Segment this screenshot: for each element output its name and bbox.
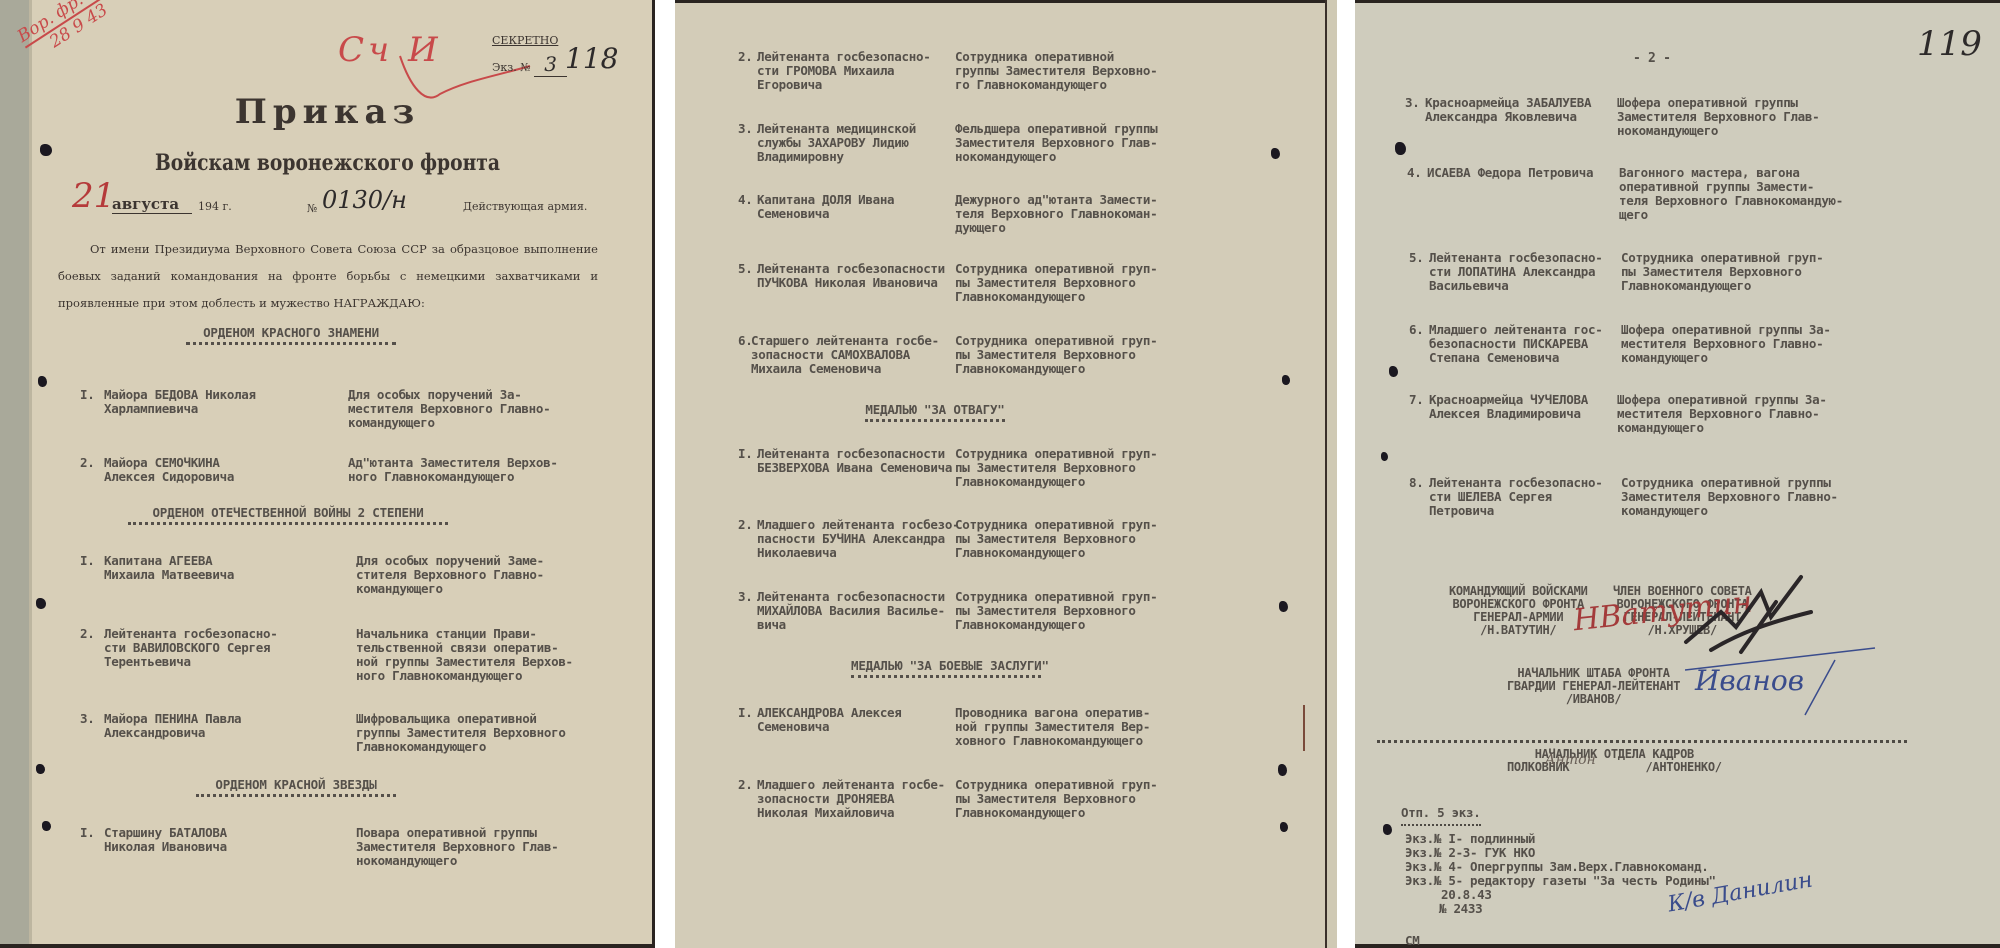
entry-number: 3.: [1405, 96, 1419, 110]
copy-number-value: 3: [534, 52, 567, 77]
copy-number-line: Экз. № 3: [492, 52, 567, 76]
section-heading: МЕДАЛЬЮ "ЗА ОТВАГУ": [865, 403, 1005, 422]
entry-name: Красноармейца ЗАБАЛУЕВА Александра Яковл…: [1425, 96, 1591, 124]
entry-position: Дежурного ад"ютанта Замести- теля Верхов…: [955, 193, 1157, 235]
document-title: Приказ: [0, 92, 655, 132]
entry-position: Сотрудника оперативной группы Заместител…: [955, 50, 1157, 92]
signature-ivanov-stroke-icon: [1685, 640, 1885, 720]
document-page-3: - 2 - 119 3. Красноармейца ЗАБАЛУЕВА Але…: [1355, 0, 2000, 948]
heading-underline: [186, 342, 396, 345]
entry-position: Сотрудника оперативной груп- пы Заместит…: [955, 447, 1157, 489]
entry-number: I.: [80, 826, 94, 840]
page-edge: [1355, 944, 2000, 948]
punch-hole-icon: [36, 764, 45, 774]
entry-number: 4.: [1407, 166, 1421, 180]
dispatch-date: 20.8.43: [1441, 888, 1492, 902]
entry-name: АЛЕКСАНДРОВА Алексея Семеновича: [757, 706, 902, 734]
entry-number: 5.: [1409, 251, 1423, 265]
entry-position: Шофера оперативной группы За- местителя …: [1621, 323, 1831, 365]
order-number-label: №: [307, 202, 317, 215]
page-number: - 2 -: [1633, 52, 1671, 66]
entry-number: I.: [738, 447, 752, 461]
entry-name: Старшину БАТАЛОВА Николая Ивановича: [104, 826, 227, 854]
entry-number: I.: [738, 706, 752, 720]
punch-hole-icon: [1280, 822, 1288, 832]
signatory-chief-of-staff: НАЧАЛЬНИК ШТАБА ФРОНТА ГВАРДИИ ГЕНЕРАЛ-Л…: [1507, 667, 1680, 706]
entry-number: 2.: [738, 518, 752, 532]
punch-hole-icon: [1381, 452, 1388, 461]
section-heading-text: МЕДАЛЬЮ "ЗА ОТВАГУ": [865, 402, 1004, 417]
entry-position: Сотрудника оперативной груп- пы Заместит…: [955, 334, 1157, 376]
entry-name: Капитана АГЕЕВА Михаила Матвеевича: [104, 554, 234, 582]
entry-name: Младшего лейтенанта госбе- зопасности ДР…: [757, 778, 945, 820]
punch-hole-icon: [1282, 375, 1290, 385]
document-page-1: Вор. фр. 28 9 43 Сч И СЕКРЕТНО Экз. № 3 …: [0, 0, 655, 948]
entry-position: Повара оперативной группы Заместителя Ве…: [356, 826, 558, 868]
page-edge: [1327, 0, 1337, 948]
entry-number: 3.: [738, 122, 752, 136]
entry-position: Сотрудника оперативной груп- пы Заместит…: [955, 778, 1157, 820]
copy-line: Экз.№ 2-3- ГУК НКО: [1405, 846, 1535, 860]
copies-divider: [1401, 824, 1481, 826]
section-heading: ОРДЕНОМ ОТЕЧЕСТВЕННОЙ ВОЙНЫ 2 СТЕПЕНИ: [128, 506, 448, 525]
entry-number: 8.: [1409, 476, 1423, 490]
entry-position: Ад"ютанта Заместителя Верхов- ного Главн…: [348, 456, 558, 484]
entry-name: Лейтенанта госбезопасно- сти ШЕЛЕВА Серг…: [1429, 476, 1602, 518]
location-label: Действующая армия.: [463, 200, 587, 213]
folio-number: 119: [1917, 24, 1982, 64]
section-heading: ОРДЕНОМ КРАСНОГО ЗНАМЕНИ: [186, 326, 396, 345]
entry-number: 3.: [80, 712, 94, 726]
entry-number: 6.: [1409, 323, 1423, 337]
entry-name: Лейтенанта госбезопасности МИХАЙЛОВА Вас…: [757, 590, 945, 632]
entry-position: Вагонного мастера, вагона оперативной гр…: [1619, 166, 1843, 222]
document-subtitle: Войскам воронежского фронта: [49, 150, 606, 176]
punch-hole-icon: [1278, 764, 1287, 776]
entry-name: Младшего лейтенанта гос- безопасности ПИ…: [1429, 323, 1602, 365]
entry-position: Сотрудника оперативной груп- пы Заместит…: [955, 518, 1157, 560]
entry-number: 2.: [80, 456, 94, 470]
intro-paragraph: От имени Президиума Верховного Совета Со…: [58, 236, 598, 317]
order-number: 0130/н: [322, 186, 407, 214]
section-heading: ОРДЕНОМ КРАСНОЙ ЗВЕЗДЫ: [196, 778, 396, 797]
signature-divider: [1377, 740, 1907, 743]
entry-name: Лейтенанта госбезопасности БЕЗВЕРХОВА Ив…: [757, 447, 952, 475]
entry-name: Майора ПЕНИНА Павла Александровича: [104, 712, 241, 740]
entry-position: Фельдшера оперативной группы Заместителя…: [955, 122, 1157, 164]
entry-number: I.: [80, 388, 94, 402]
heading-underline: [865, 419, 1005, 422]
entry-number: 2.: [738, 50, 752, 64]
entry-position: Сотрудника оперативной груп- пы Заместит…: [955, 590, 1157, 632]
copies-header: Отп. 5 экз.: [1401, 806, 1480, 820]
punch-hole-icon: [1395, 142, 1406, 155]
entry-number: 5.: [738, 262, 752, 276]
entry-position: Сотрудника оперативной груп- пы Заместит…: [1621, 251, 1823, 293]
entry-name: Капитана ДОЛЯ Ивана Семеновича: [757, 193, 894, 221]
entry-position: Шифровальщика оперативной группы Замести…: [356, 712, 566, 754]
heading-underline: [128, 522, 448, 525]
entry-name: Младшего лейтенанта госбезо- пасности БУ…: [757, 518, 959, 560]
folio-number: 118: [565, 42, 618, 75]
entry-position: Шофера оперативной группы За- местителя …: [1617, 393, 1827, 435]
punch-hole-icon: [1279, 601, 1288, 612]
entry-number: I.: [80, 554, 94, 568]
entry-position: Начальника станции Прави- тельственной с…: [356, 627, 573, 683]
entry-position: Шофера оперативной группы Заместителя Ве…: [1617, 96, 1819, 138]
date-day: 21: [72, 176, 115, 216]
intro-text: От имени Президиума Верховного Совета Со…: [58, 236, 598, 317]
heading-underline: [851, 675, 1041, 678]
entry-name: Лейтенанта госбезопасности ПУЧКОВА Никол…: [757, 262, 945, 290]
punch-hole-icon: [42, 821, 51, 831]
page-edge: [652, 0, 655, 948]
entry-name: ИСАЕВА Федора Петровича: [1427, 166, 1593, 180]
entry-position: Сотрудника оперативной груп- пы Заместит…: [955, 262, 1157, 304]
entry-name: Лейтенанта медицинской службы ЗАХАРОВУ Л…: [757, 122, 916, 164]
entry-name: Лейтенанта госбезопасно- сти ВАВИЛОВСКОГ…: [104, 627, 277, 669]
signatory-commander: КОМАНДУЮЩИЙ ВОЙСКАМИ ВОРОНЕЖСКОГО ФРОНТА…: [1449, 585, 1588, 637]
signatory-personnel-head: НАЧАЛЬНИК ОТДЕЛА КАДРОВ ПОЛКОВНИК /АНТОН…: [1507, 748, 1722, 774]
entry-number: 4.: [738, 193, 752, 207]
section-heading: МЕДАЛЬЮ "ЗА БОЕВЫЕ ЗАСЛУГИ": [851, 659, 1041, 678]
punch-hole-icon: [1383, 824, 1392, 835]
section-heading-text: ОРДЕНОМ ОТЕЧЕСТВЕННОЙ ВОЙНЫ 2 СТЕПЕНИ: [152, 505, 423, 520]
section-heading-text: ОРДЕНОМ КРАСНОЙ ЗВЕЗДЫ: [215, 777, 376, 792]
entry-position: Сотрудника оперативной группы Заместител…: [1621, 476, 1838, 518]
copy-line: Экз.№ 4- Опергруппы Зам.Верх.Главнокоман…: [1405, 860, 1708, 874]
pencil-mark: [1303, 705, 1305, 751]
page-edge: [1355, 0, 2000, 3]
page-edge: [0, 944, 655, 948]
punch-hole-icon: [36, 598, 46, 609]
date-month: августа: [112, 195, 192, 214]
entry-position: Для особых поручений Заме- стителя Верхо…: [356, 554, 544, 596]
dispatch-number: № 2433: [1439, 902, 1482, 916]
document-page-2: 2. Лейтенанта госбезопасно- сти ГРОМОВА …: [675, 0, 1337, 948]
entry-name: Майора СЕМОЧКИНА Алексея Сидоровича: [104, 456, 234, 484]
entry-number: 7.: [1409, 393, 1423, 407]
entry-position: Для особых поручений За- местителя Верхо…: [348, 388, 550, 430]
binding-strip: [0, 0, 32, 948]
entry-name: Старшего лейтенанта госбе- зопасности СА…: [751, 334, 939, 376]
entry-number: 3.: [738, 590, 752, 604]
entry-name: Лейтенанта госбезопасно- сти ЛОПАТИНА Ал…: [1429, 251, 1602, 293]
punch-hole-icon: [1389, 366, 1398, 377]
date-month-text: августа: [112, 195, 179, 213]
entry-position: Проводника вагона оператив- ной группы З…: [955, 706, 1150, 748]
copy-line: Экз.№ I- подлинный: [1405, 832, 1535, 846]
section-heading-text: ОРДЕНОМ КРАСНОГО ЗНАМЕНИ: [203, 325, 379, 340]
page-edge: [675, 0, 1337, 3]
date-year: 194 г.: [198, 200, 232, 213]
punch-hole-icon: [38, 376, 47, 387]
punch-hole-icon: [1271, 148, 1280, 159]
heading-underline: [196, 794, 396, 797]
entry-name: Майора БЕДОВА Николая Харлампиевича: [104, 388, 256, 416]
classification-label: СЕКРЕТНО: [492, 34, 558, 47]
entry-name: Красноармейца ЧУЧЕЛОВА Алексея Владимиро…: [1429, 393, 1588, 421]
entry-name: Лейтенанта госбезопасно- сти ГРОМОВА Мих…: [757, 50, 930, 92]
section-heading-text: МЕДАЛЬЮ "ЗА БОЕВЫЕ ЗАСЛУГИ": [851, 658, 1049, 673]
entry-number: 2.: [738, 778, 752, 792]
signature-antonenko: Антон: [1545, 752, 1596, 768]
copy-line: Экз.№ 5- редактору газеты "За честь Роди…: [1405, 874, 1716, 888]
copy-number-label: Экз. №: [492, 61, 531, 74]
typist-initials: СМ: [1405, 934, 1419, 948]
entry-number: 2.: [80, 627, 94, 641]
